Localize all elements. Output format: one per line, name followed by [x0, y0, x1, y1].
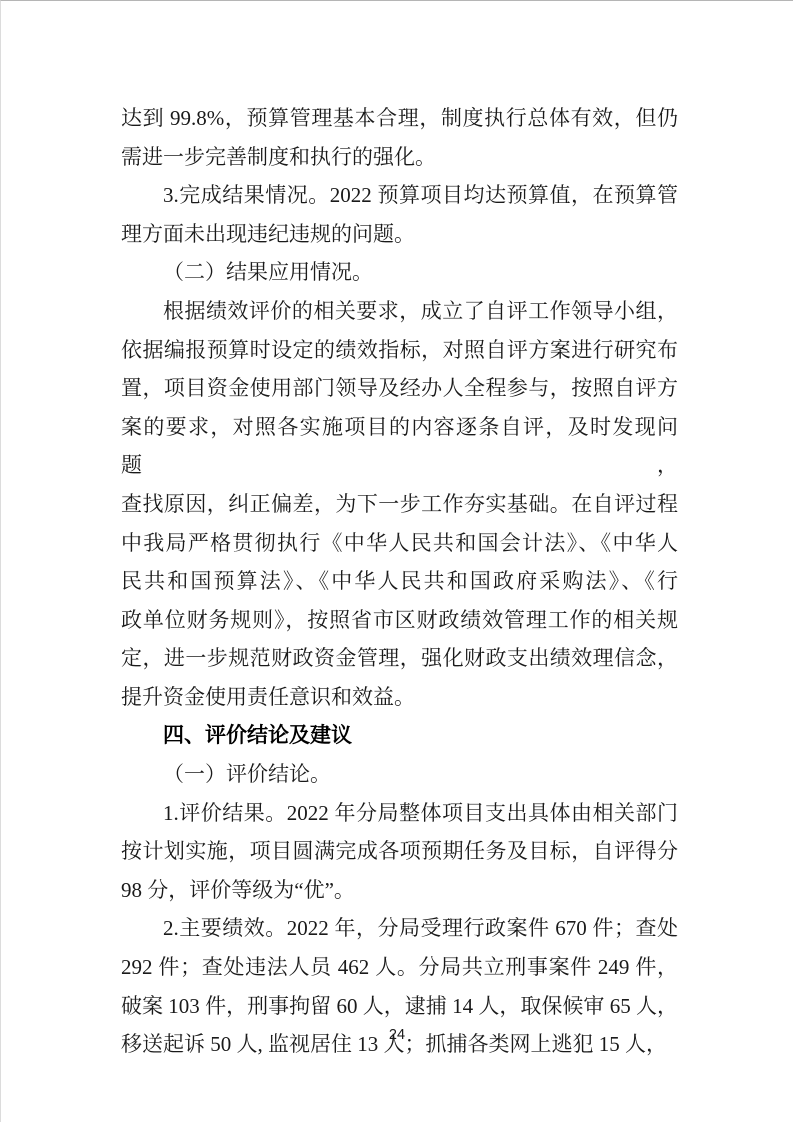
text-line: 提升资金使用责任意识和效益。	[121, 678, 678, 717]
paragraph: （一）评价结论。	[121, 755, 678, 794]
text-line: 3.完成结果情况。2022 预算项目均达预算值，在预算管	[121, 176, 678, 215]
text-line: 中我局严格贯彻执行《中华人民共和国会计法》、《中华人	[121, 524, 678, 563]
paragraph: （二）结果应用情况。	[121, 253, 678, 292]
text-line: 理方面未出现违纪违规的问题。	[121, 215, 678, 254]
text-line: 案的要求，对照各实施项目的内容逐条自评，及时发现问题，	[121, 408, 678, 485]
text-line: 1.评价结果。2022 年分局整体项目支出具体由相关部门	[121, 794, 678, 833]
heading-line: 四、评价结论及建议	[121, 717, 678, 756]
text-line: 292 件；查处违法人员 462 人。分局共立刑事案件 249 件，	[121, 948, 678, 987]
paragraph: 根据绩效评价的相关要求，成立了自评工作领导小组，依据编报预算时设定的绩效指标，对…	[121, 292, 678, 717]
text-line: 置，项目资金使用部门领导及经办人全程参与，按照自评方	[121, 369, 678, 408]
document-body: 达到 99.8%，预算管理基本合理，制度执行总体有效，但仍需进一步完善制度和执行…	[121, 99, 678, 1064]
text-line: 依据编报预算时设定的绩效指标，对照自评方案进行研究布	[121, 331, 678, 370]
text-line: 民共和国预算法》、《中华人民共和国政府采购法》、《行	[121, 562, 678, 601]
paragraph: 3.完成结果情况。2022 预算项目均达预算值，在预算管理方面未出现违纪违规的问…	[121, 176, 678, 253]
text-line: 需进一步完善制度和执行的强化。	[121, 138, 678, 177]
document-page: 达到 99.8%，预算管理基本合理，制度执行总体有效，但仍需进一步完善制度和执行…	[0, 0, 793, 1122]
text-line: 达到 99.8%，预算管理基本合理，制度执行总体有效，但仍	[121, 99, 678, 138]
text-line: （二）结果应用情况。	[121, 253, 678, 292]
text-line: 查找原因，纠正偏差，为下一步工作夯实基础。在自评过程	[121, 485, 678, 524]
text-line: （一）评价结论。	[121, 755, 678, 794]
paragraph: 1.评价结果。2022 年分局整体项目支出具体由相关部门按计划实施，项目圆满完成…	[121, 794, 678, 910]
page-number: 24	[1, 1027, 793, 1043]
text-line: 政单位财务规则》，按照省市区财政绩效管理工作的相关规	[121, 601, 678, 640]
text-line: 破案 103 件，刑事拘留 60 人，逮捕 14 人，取保候审 65 人，	[121, 987, 678, 1026]
section-heading: 四、评价结论及建议	[121, 717, 678, 756]
text-line: 98 分，评价等级为“优”。	[121, 871, 678, 910]
text-line: 根据绩效评价的相关要求，成立了自评工作领导小组，	[121, 292, 678, 331]
text-line: 2.主要绩效。2022 年，分局受理行政案件 670 件；查处	[121, 909, 678, 948]
text-line: 定，进一步规范财政资金管理，强化财政支出绩效理信念，	[121, 639, 678, 678]
text-line: 按计划实施，项目圆满完成各项预期任务及目标，自评得分	[121, 832, 678, 871]
paragraph: 达到 99.8%，预算管理基本合理，制度执行总体有效，但仍需进一步完善制度和执行…	[121, 99, 678, 176]
